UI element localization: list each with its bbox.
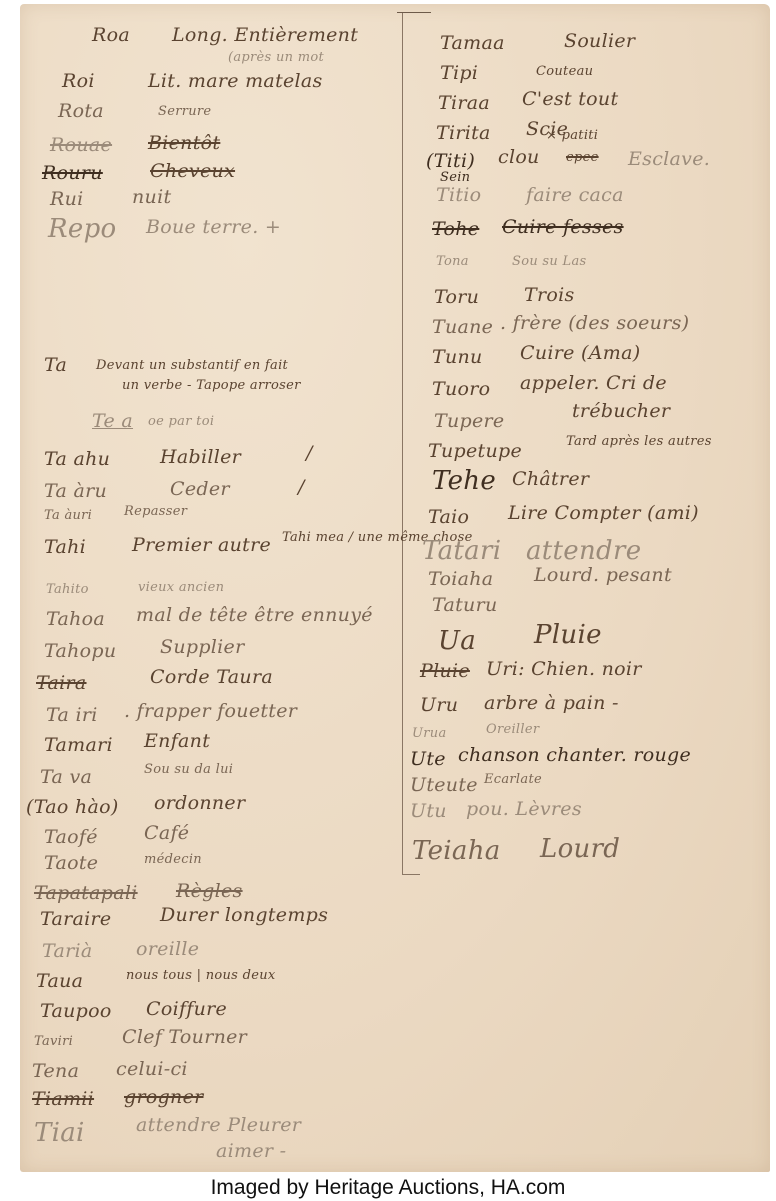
entry-word: Tarià <box>42 940 93 962</box>
entry-meaning: Tard après les autres <box>566 434 712 449</box>
entry-word: Tupetupe <box>428 440 522 462</box>
entry-meaning: oreille <box>136 938 199 960</box>
entry-meaning: Lit. mare matelas <box>148 70 323 92</box>
entry-meaning: attendre <box>526 536 641 566</box>
entry-meaning: . frère (des soeurs) <box>500 312 689 334</box>
entry-meaning: chanson chanter. rouge <box>458 744 691 766</box>
entry-meaning: Lourd. pesant <box>534 564 672 586</box>
entry-word: Uru <box>420 694 458 716</box>
entry-word: Ta àuri <box>44 508 92 523</box>
check-mark: / <box>298 476 305 498</box>
entry-word: Toiaha <box>428 568 493 590</box>
entry-meaning: Oreiller <box>486 722 539 737</box>
entry-word: (Tao hào) <box>26 796 119 818</box>
entry-word: Roa <box>92 24 130 46</box>
entry-meaning: Coiffure <box>146 998 227 1020</box>
entry-word: Tena <box>32 1060 79 1082</box>
entry-word: Tona <box>436 254 469 269</box>
entry-word: Ta iri <box>46 704 98 726</box>
entry-word: Titio <box>436 184 481 206</box>
entry-word: Urua <box>412 726 447 741</box>
entry-word: Tapatapali <box>34 882 138 904</box>
entry-word: Tuane <box>432 316 493 338</box>
entry-word: Uteute <box>410 774 478 796</box>
entry-word: Ta va <box>40 766 92 788</box>
entry-meaning: Uri: Chien. noir <box>486 658 642 680</box>
entry-word: Tirita <box>436 122 491 144</box>
entry-meaning: pou. Lèvres <box>466 798 582 820</box>
entry-meaning: mal de tête être ennuyé <box>136 604 373 626</box>
entry-note: Sein <box>440 170 470 185</box>
entry-word: Tiamii <box>32 1088 94 1110</box>
entry-meaning: Corde Taura <box>150 666 273 688</box>
entry-meaning: Café <box>144 822 189 844</box>
entry-meaning: nuit <box>132 186 171 208</box>
entry-meaning: celui-ci <box>116 1058 188 1080</box>
entry-word: Ta <box>44 354 67 376</box>
entry-meaning: Règles <box>176 880 243 902</box>
entry-meaning: Soulier <box>564 30 635 52</box>
entry-word: Rui <box>50 188 84 210</box>
entry-meaning: Ceder <box>170 478 230 500</box>
entry-meaning: Bientôt <box>148 132 220 154</box>
entry-word: Tahi <box>44 536 86 558</box>
column-divider-foot <box>402 874 420 875</box>
entry-meaning: médecin <box>144 852 202 867</box>
entry-meaning: Habiller <box>160 446 241 468</box>
entry-meaning: Couteau <box>536 64 593 79</box>
entry-meaning: C'est tout <box>522 88 618 110</box>
entry-meaning: Serrure <box>158 104 211 119</box>
entry-word: Tamaa <box>440 32 505 54</box>
entry-meaning: Durer longtemps <box>160 904 328 926</box>
entry-meaning: Ecarlate <box>484 772 542 787</box>
entry-note: un verbe - Tapope arroser <box>122 378 301 393</box>
entry-word: (Titi) <box>426 150 475 172</box>
entry-meaning: grogner <box>124 1086 204 1108</box>
entry-meaning: Boue terre. + <box>146 216 281 238</box>
entry-meaning: Trois <box>524 284 575 306</box>
entry-word: Tipi <box>440 62 478 84</box>
entry-word: Taira <box>36 672 87 694</box>
entry-word: Taturu <box>432 594 498 616</box>
entry-meaning: Long. Entièrement <box>172 24 358 46</box>
entry-word: Ua <box>438 626 476 656</box>
entry-insert: × patiti <box>546 128 598 143</box>
entry-meaning: ordonner <box>154 792 245 814</box>
entry-meaning: Lire Compter (ami) <box>508 502 699 524</box>
entry-word: Ta àru <box>44 480 107 502</box>
entry-note: aimer - <box>216 1140 286 1162</box>
entry-word: Ta ahu <box>44 448 110 470</box>
entry-word: Tatari <box>422 536 501 566</box>
entry-word: Tamari <box>44 734 113 756</box>
entry-meaning: Clef Tourner <box>122 1026 247 1048</box>
entry-word: Tahopu <box>44 640 116 662</box>
entry-extra: Esclave. <box>628 148 710 170</box>
entry-meaning: Supplier <box>160 636 244 658</box>
entry-word: Rouae <box>50 134 112 156</box>
entry-meaning: Cuire (Ama) <box>520 342 640 364</box>
entry-word: Tupere <box>434 410 504 432</box>
entry-word: Tiraa <box>438 92 490 114</box>
entry-meaning: vieux ancien <box>138 580 224 595</box>
entry-word: Toru <box>434 286 479 308</box>
entry-word: Ute <box>410 748 446 770</box>
check-mark: / <box>306 442 313 464</box>
entry-meaning: Sou su da lui <box>144 762 233 777</box>
entry-word: Rouru <box>42 162 103 184</box>
entry-meaning: Châtrer <box>512 468 589 490</box>
entry-word: Tahito <box>46 582 89 597</box>
entry-word: Tohe <box>432 218 479 240</box>
entry-word: Taio <box>428 506 469 528</box>
entry-meaning: nous tous | nous deux <box>126 968 276 983</box>
image-credit-caption: Imaged by Heritage Auctions, HA.com <box>0 1176 776 1200</box>
entry-meaning: Pluie <box>534 620 602 650</box>
entry-meaning: . frapper fouetter <box>124 700 297 722</box>
entry-word: Tunu <box>432 346 483 368</box>
entry-word: Tuoro <box>432 378 490 400</box>
entry-note: (après un mot <box>228 50 324 65</box>
entry-meaning: arbre à pain - <box>484 692 619 714</box>
entry-meaning: attendre Pleurer <box>136 1114 301 1136</box>
entry-word: Taupoo <box>40 1000 112 1022</box>
entry-word: Pluie <box>420 660 470 682</box>
entry-meaning: Repasser <box>124 504 187 519</box>
entry-word: Tiai <box>34 1118 85 1148</box>
entry-word: Roi <box>62 70 95 92</box>
entry-word: Taraire <box>40 908 111 930</box>
entry-word: Tahoa <box>46 608 105 630</box>
entry-meaning: appeler. Cri de <box>520 372 667 394</box>
column-divider-cap <box>397 12 431 13</box>
entry-word: Taofé <box>44 826 98 848</box>
entry-word: Rota <box>58 100 104 122</box>
entry-meaning: Enfant <box>144 730 210 752</box>
entry-meaning: oe par toi <box>148 414 214 429</box>
entry-word: Te a <box>92 410 133 432</box>
entry-word: Tehe <box>432 466 496 496</box>
entry-word: Taviri <box>34 1034 73 1049</box>
manuscript-page <box>20 4 770 1172</box>
entry-meaning: clou <box>498 146 540 168</box>
entry-meaning: faire caca <box>526 184 624 206</box>
entry-struck: epee <box>566 150 599 165</box>
entry-meaning: trébucher <box>572 400 670 422</box>
entry-word: Utu <box>410 800 447 822</box>
entry-meaning: Cuire fesses <box>502 216 624 238</box>
entry-word: Taote <box>44 852 98 874</box>
entry-meaning: Devant un substantif en fait <box>96 358 288 373</box>
entry-meaning: Premier autre <box>132 534 271 556</box>
entry-meaning: Lourd <box>540 834 620 864</box>
entry-word: Repo <box>48 214 116 244</box>
entry-word: Teiaha <box>412 836 501 866</box>
entry-meaning: Cheveux <box>150 160 235 182</box>
entry-word: Taua <box>36 970 83 992</box>
column-divider <box>402 12 403 874</box>
entry-meaning: Sou su Las <box>512 254 586 269</box>
